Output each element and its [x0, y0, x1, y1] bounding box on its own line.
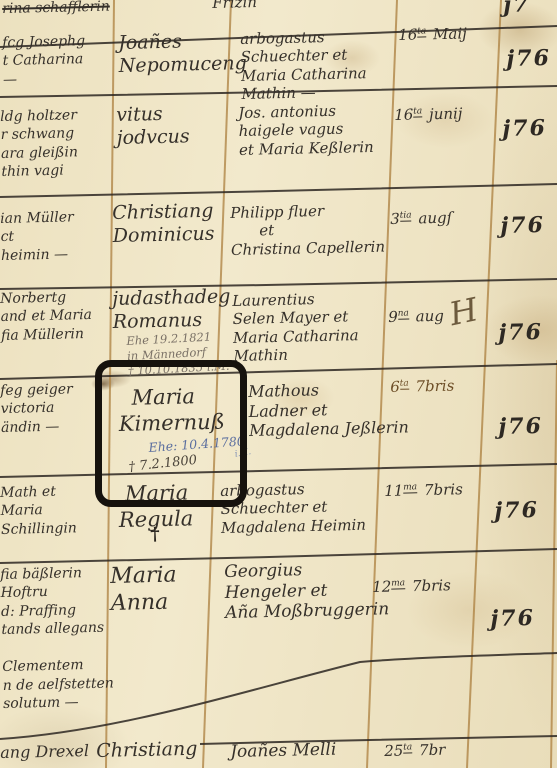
row6-cross-mark: †	[150, 524, 160, 546]
date-day: 16	[394, 106, 413, 124]
date-ordinal: ma	[403, 482, 417, 493]
date-month: augſ	[418, 209, 452, 228]
date-month: 7bris	[412, 576, 451, 595]
row8-child-name: Christiang	[96, 738, 198, 763]
row6-godparents: arbogastus Schuechter et Magdalena Heimi…	[220, 479, 366, 537]
row5-year: j76	[498, 413, 543, 441]
date-day: 12	[372, 578, 391, 596]
row4-baptism-date: 9na aug	[388, 307, 444, 327]
date-month: Maij	[433, 24, 467, 43]
row3-godparents: Philipp fluer et Christina Capellerin	[230, 201, 385, 259]
row0-parents: rina schafflerin	[2, 0, 122, 18]
date-ordinal: ta	[400, 379, 409, 390]
date-ordinal: tia	[400, 211, 412, 222]
row2-year: j76	[502, 115, 547, 143]
row3-parents: ian Müller ct heimin —	[0, 207, 121, 265]
row6-parents: Math et Maria Schillingin	[0, 481, 121, 539]
row8-godparents: Joañes Melli	[230, 740, 337, 763]
row5-child-name: Maria Kimernuß	[118, 384, 225, 438]
row5-blue-annotation: Ehe: 10.4.1780	[148, 433, 245, 455]
register-page-scan: rina schafflerin Frizin j7 fcg Josephg t…	[0, 0, 557, 768]
date-month: junij	[429, 104, 463, 123]
row5-death-annotation: † 7.2.1800	[128, 453, 198, 476]
row4-pencil-annotation: Ehe 19.2.1821 in Männedorf † 10.10.1835 …	[126, 329, 230, 379]
row0-godparents: Frizin	[212, 0, 257, 12]
date-day: 9	[388, 308, 398, 326]
date-month: 7bris	[424, 480, 463, 499]
row1-godparents: arbogastus Schuechter et Maria Catharina…	[240, 27, 367, 103]
row5-parents: feg geiger victoria ändin —	[0, 379, 121, 437]
row7-parents: fia bäßlerin Hoftru d: Praffing tands al…	[0, 563, 123, 713]
row2-child-name: vitus jodvcus	[116, 102, 190, 150]
date-month: 7br	[419, 741, 446, 760]
date-month: aug	[415, 307, 444, 326]
row7-godparents: Georgius Hengeler et Aña Moßbruggerin	[224, 558, 389, 624]
row8-baptism-date: 25ta 7br	[384, 741, 446, 761]
date-ordinal: ta	[417, 26, 426, 37]
row4-godparents: Laurentius Selen Mayer et Maria Catharin…	[232, 289, 359, 365]
row4-child-name: judasthadeg Romanus	[112, 285, 231, 334]
row7-child-name: Maria Anna	[110, 562, 178, 617]
date-month: 7bris	[415, 377, 454, 396]
row1-year: j76	[506, 45, 551, 73]
row4-year: j76	[498, 319, 543, 347]
date-ordinal: ta	[413, 106, 422, 117]
date-day: 11	[384, 482, 403, 500]
row2-godparents: Jos. antonius haigele vagus et Maria Keß…	[238, 101, 374, 159]
date-ordinal: ma	[391, 578, 405, 589]
row2-parents: ldg holtzer r schwang ara gleißin thin v…	[0, 105, 122, 182]
row1-child-name: Joañes Nepomuceng	[118, 29, 247, 78]
row4-ink-flourish: H	[446, 290, 481, 334]
row3-year: j76	[500, 212, 545, 240]
row3-baptism-date: 3tia augſ	[390, 209, 452, 229]
row0-year: j7	[503, 0, 531, 19]
date-day: 3	[390, 210, 400, 228]
date-day: 6	[390, 378, 400, 396]
row3-child-name: Christiang Dominicus	[112, 200, 215, 249]
row7-year: j76	[490, 605, 535, 633]
date-ordinal: ta	[403, 742, 412, 753]
date-day: 25	[384, 742, 403, 760]
date-day: 16	[398, 26, 417, 44]
row2-baptism-date: 16ta junij	[394, 104, 463, 124]
row6-year: j76	[494, 497, 539, 525]
row5-baptism-date: 6ta 7bris	[390, 377, 455, 397]
row1-parents: fcg Josephg t Catharina —	[2, 31, 123, 89]
row5-blue-annotation-small: i.H.	[234, 447, 252, 461]
row7-baptism-date: 12ma 7bris	[372, 576, 451, 596]
row6-baptism-date: 11ma 7bris	[384, 480, 463, 500]
date-ordinal: na	[398, 309, 409, 320]
row1-baptism-date: 16ta Maij	[398, 24, 467, 44]
row4-parents: Norbertg and et Maria fia Müllerin	[0, 287, 121, 345]
row5-godparents: Mathous Ladner et Magdalena Jeßlerin	[248, 378, 409, 440]
